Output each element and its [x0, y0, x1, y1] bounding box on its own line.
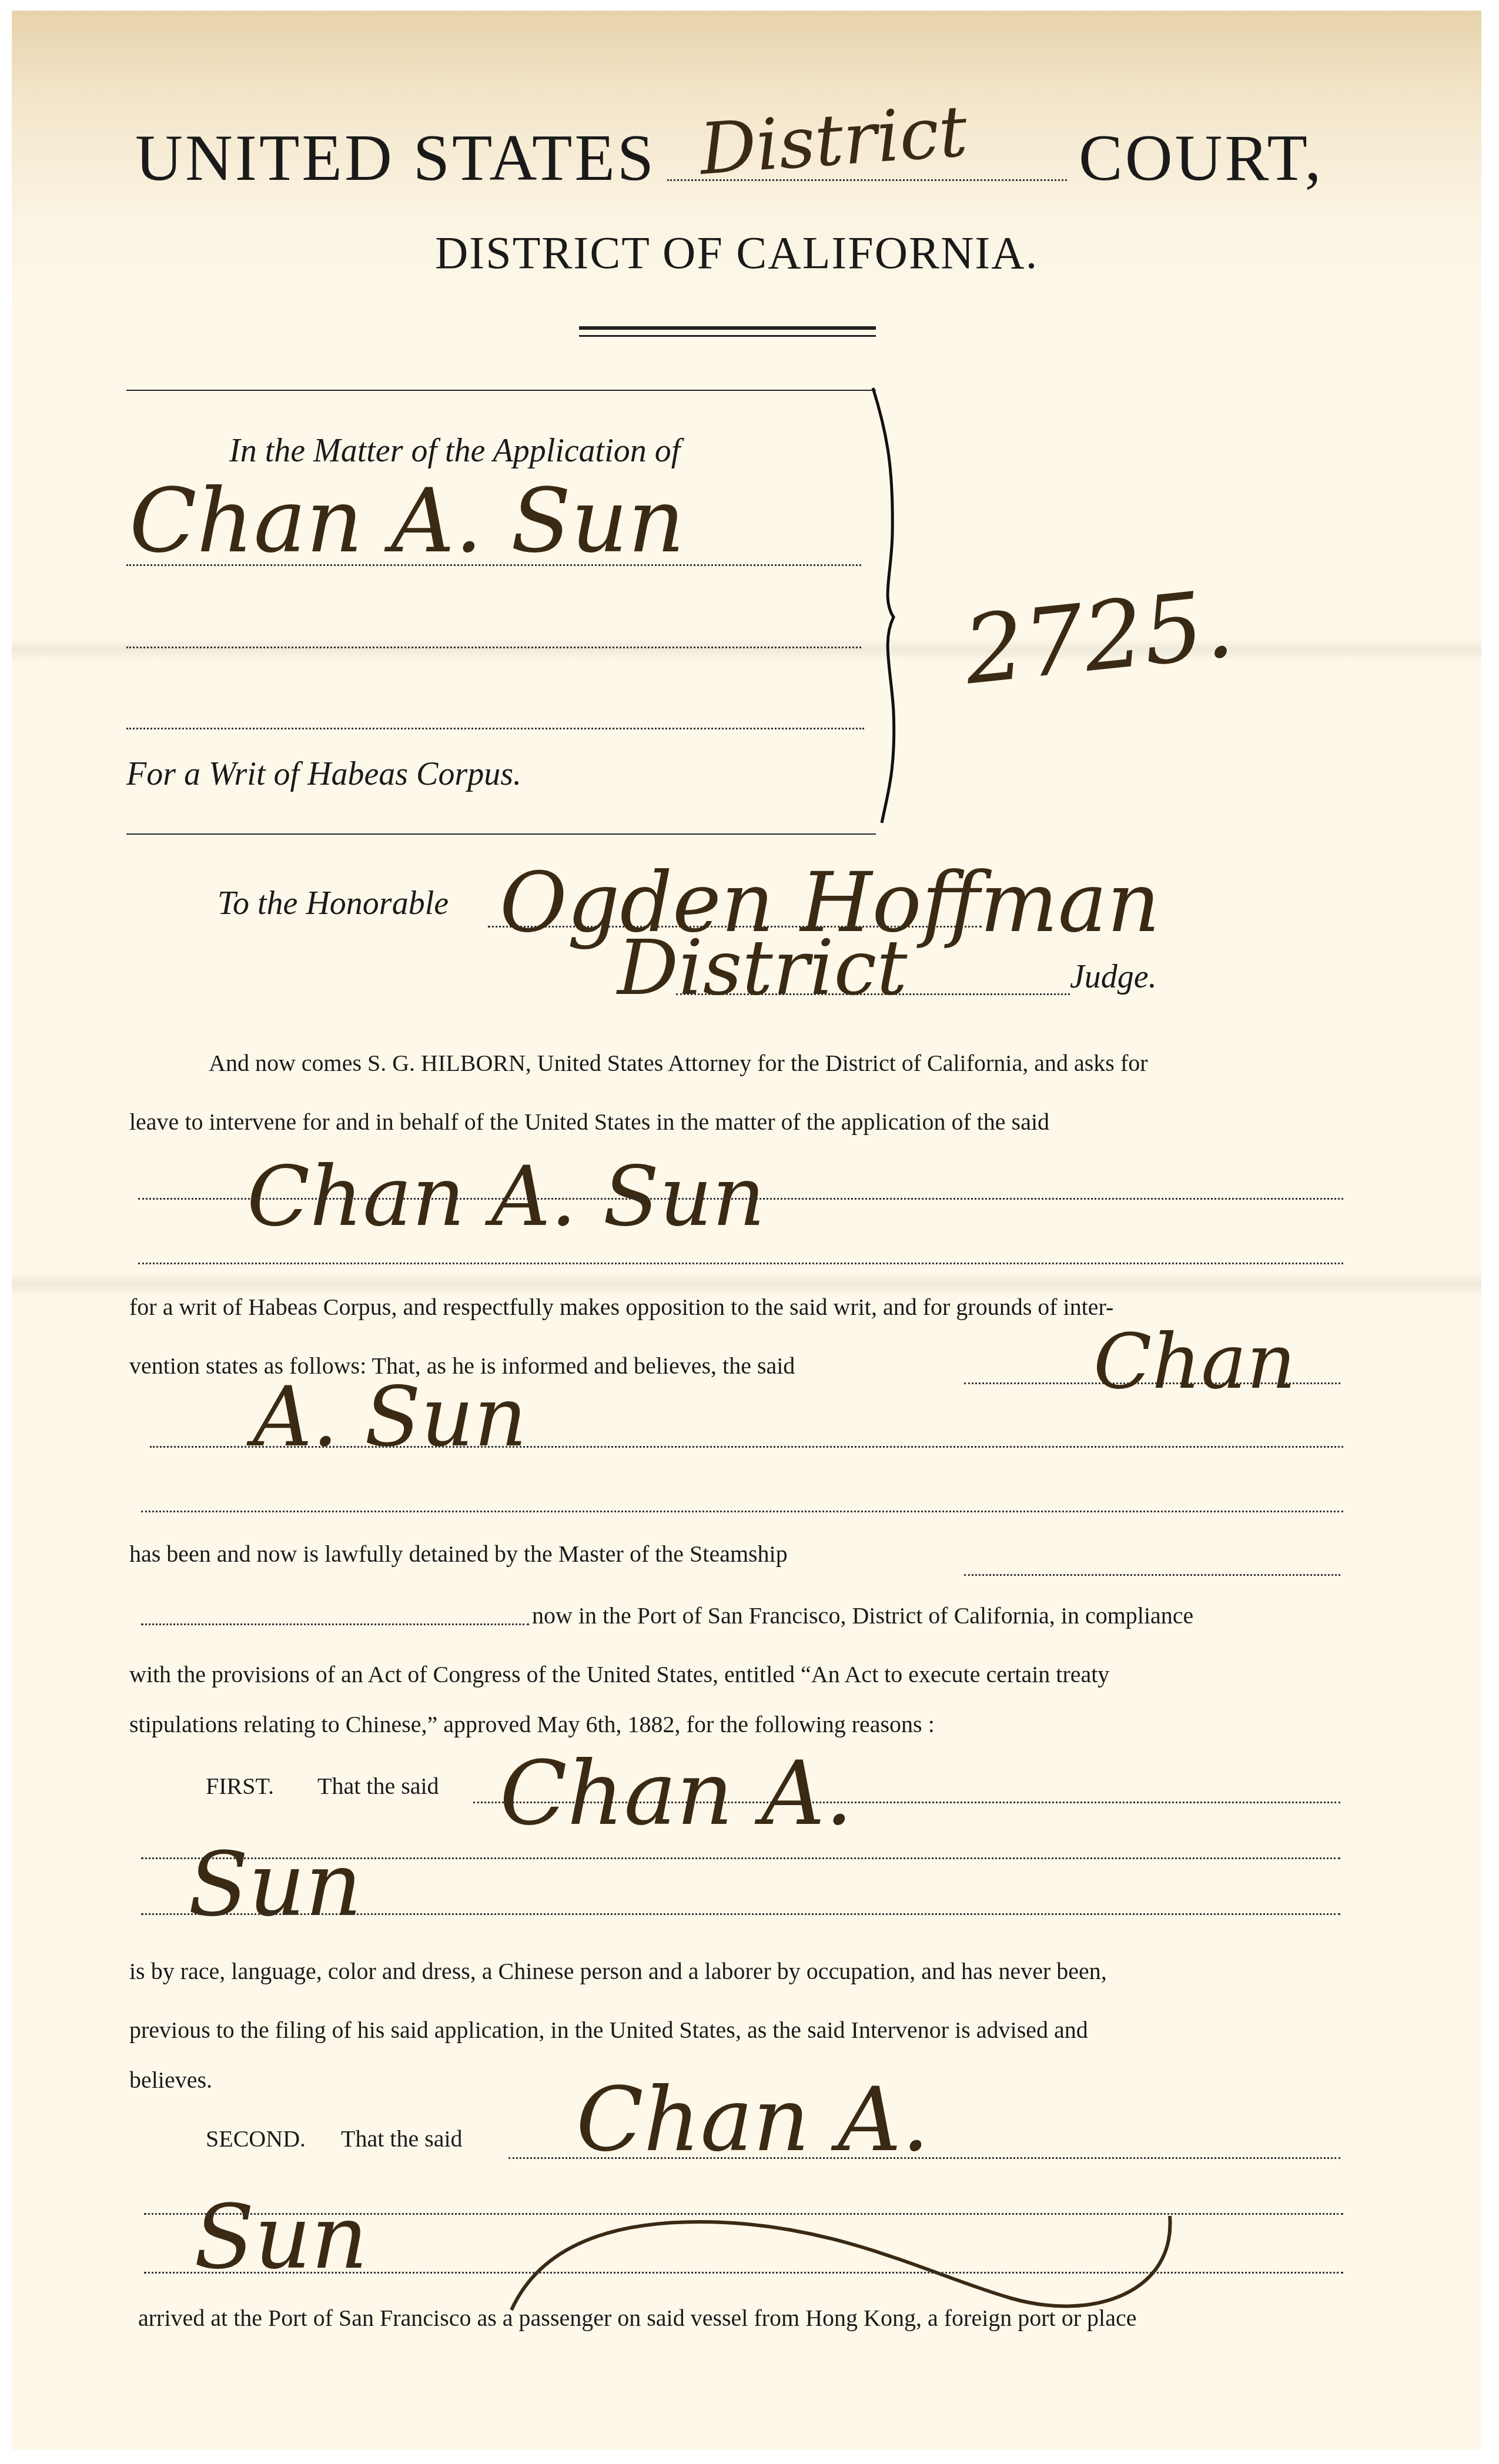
applicant-blank — [126, 564, 861, 566]
applicant-blank — [141, 1913, 1340, 1915]
fold-crease — [12, 638, 1481, 661]
applicant-blank — [126, 647, 861, 648]
applicant-blank — [141, 1857, 1340, 1859]
header-double-rule — [579, 335, 876, 337]
writ-label: For a Writ of Habeas Corpus. — [126, 755, 521, 793]
body-line: previous to the filing of his said appli… — [129, 2016, 1088, 2044]
applicant-name-handwritten: A. Sun — [253, 1370, 527, 1465]
applicant-name-handwritten: Chan A. — [500, 1743, 853, 1845]
applicant-blank — [150, 1446, 1343, 1448]
first-lead: That the said — [317, 1772, 439, 1800]
body-line: leave to intervene for and in behalf of … — [129, 1108, 1049, 1136]
steamship-blank — [141, 1623, 529, 1625]
second-label: SECOND. — [206, 2125, 306, 2152]
judge-court-handwritten: District — [617, 923, 908, 1012]
honorable-label: To the Honorable — [218, 885, 449, 922]
judge-title: Judge. — [1070, 958, 1157, 996]
body-line: for a writ of Habeas Corpus, and respect… — [129, 1293, 1113, 1321]
body-line: is by race, language, color and dress, a… — [129, 1957, 1107, 1985]
header-prefix: UNITED STATES — [135, 120, 656, 196]
applicant-blank — [138, 1263, 1343, 1264]
body-line: arrived at the Port of San Francisco as … — [138, 2304, 1136, 2332]
applicant-name-handwritten: Chan A. Sun — [129, 470, 685, 573]
applicant-name-handwritten: Chan A. Sun — [247, 1149, 765, 1245]
applicant-blank — [144, 2213, 1343, 2215]
second-lead: That the said — [341, 2125, 463, 2152]
body-line: has been and now is lawfully detained by… — [129, 1540, 788, 1568]
applicant-blank — [126, 728, 864, 729]
applicant-blank — [141, 1511, 1343, 1512]
applicant-blank — [144, 2272, 1343, 2274]
caption-brace — [870, 382, 917, 829]
steamship-blank — [964, 1574, 1340, 1576]
body-line: now in the Port of San Francisco, Distri… — [532, 1602, 1193, 1629]
header-double-rule — [579, 326, 876, 330]
body-line: believes. — [129, 2066, 212, 2094]
caption-bottom-rule — [126, 833, 876, 835]
matter-label: In the Matter of the Application of — [229, 432, 680, 470]
header-suffix: COURT, — [1079, 120, 1324, 196]
fold-crease — [12, 1273, 1481, 1296]
caption-top-rule — [126, 390, 876, 391]
handwritten-flourish — [506, 2198, 1187, 2316]
first-label: FIRST. — [206, 1772, 274, 1800]
body-line: stipulations relating to Chinese,” appro… — [129, 1710, 935, 1738]
applicant-name-handwritten: Chan — [1093, 1317, 1296, 1406]
applicant-name-handwritten: Chan A. — [576, 2069, 929, 2171]
district-title: DISTRICT OF CALIFORNIA. — [435, 226, 1038, 279]
applicant-name-handwritten: Sun — [188, 1834, 362, 1936]
body-line: with the provisions of an Act of Congres… — [129, 1660, 1109, 1688]
body-line: And now comes S. G. HILBORN, United Stat… — [209, 1049, 1148, 1077]
applicant-blank — [138, 1198, 1343, 1200]
